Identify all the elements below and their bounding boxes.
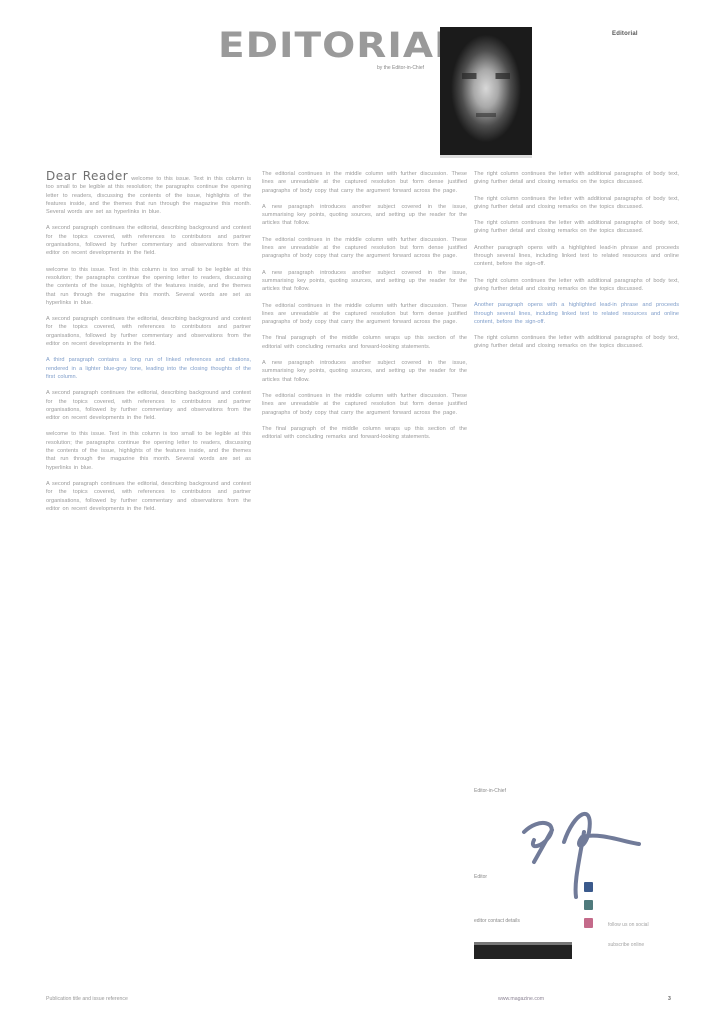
signature-name: Editor bbox=[474, 874, 487, 880]
social-text-2: subscribe online bbox=[608, 942, 644, 948]
instagram-icon[interactable] bbox=[584, 918, 593, 928]
paragraph-links: A third paragraph contains a long run of… bbox=[46, 356, 251, 381]
paragraph: The right column continues the letter wi… bbox=[474, 334, 679, 351]
social-links bbox=[584, 882, 593, 936]
paragraph: A new paragraph introduces another subje… bbox=[262, 269, 467, 294]
page-title: EDITORIAL bbox=[218, 28, 428, 64]
social-text-1: follow us on social bbox=[608, 922, 649, 928]
paragraph: A new paragraph introduces another subje… bbox=[262, 359, 467, 384]
paragraph: A second paragraph continues the editori… bbox=[46, 224, 251, 257]
paragraph: The editorial continues in the middle co… bbox=[262, 392, 467, 417]
signature-contact: editor contact details bbox=[474, 918, 520, 924]
signature-image bbox=[504, 792, 654, 902]
portrait-mouth bbox=[476, 113, 496, 117]
footer-website[interactable]: www.magazine.com bbox=[498, 996, 544, 1002]
portrait-eyes bbox=[462, 73, 510, 79]
article-column-1: Dear Reader welcome to this issue. Text … bbox=[46, 170, 251, 521]
article-column-2: The editorial continues in the middle co… bbox=[262, 170, 467, 449]
paragraph: The editorial continues in the middle co… bbox=[262, 170, 467, 195]
paragraph: A second paragraph continues the editori… bbox=[46, 389, 251, 422]
page-number: 3 bbox=[668, 996, 671, 1002]
lead-salutation: Dear Reader bbox=[46, 169, 128, 183]
promo-banner[interactable] bbox=[474, 942, 572, 959]
paragraph-links: Another paragraph opens with a highlight… bbox=[474, 301, 679, 326]
paragraph: welcome to this issue. Text in this colu… bbox=[46, 266, 251, 307]
editor-portrait bbox=[440, 27, 532, 158]
paragraph: A second paragraph continues the editori… bbox=[46, 315, 251, 348]
paragraph: The right column continues the letter wi… bbox=[474, 195, 679, 212]
paragraph: The editorial continues in the middle co… bbox=[262, 236, 467, 261]
paragraph: A new paragraph introduces another subje… bbox=[262, 203, 467, 228]
paragraph: The right column continues the letter wi… bbox=[474, 219, 679, 236]
paragraph: Dear Reader welcome to this issue. Text … bbox=[46, 170, 251, 216]
paragraph: The final paragraph of the middle column… bbox=[262, 425, 467, 442]
signature-block: Editor-in-Chief Editor editor contact de… bbox=[474, 782, 694, 982]
paragraph: A second paragraph continues the editori… bbox=[46, 480, 251, 513]
reference-link[interactable]: Another paragraph opens with a highlight… bbox=[474, 302, 679, 325]
paragraph: The right column continues the letter wi… bbox=[474, 170, 679, 187]
paragraph: The final paragraph of the middle column… bbox=[262, 334, 467, 351]
paragraph: Another paragraph opens with a highlight… bbox=[474, 244, 679, 269]
signature-title: Editor-in-Chief bbox=[474, 788, 506, 794]
linkedin-icon[interactable] bbox=[584, 900, 593, 910]
masthead: EDITORIAL by the Editor-in-Chief bbox=[218, 26, 428, 71]
paragraph: welcome to this issue. Text in this colu… bbox=[46, 430, 251, 471]
paragraph: The right column continues the letter wi… bbox=[474, 277, 679, 294]
paragraph: The editorial continues in the middle co… bbox=[262, 302, 467, 327]
footer-publication: Publication title and issue reference bbox=[46, 996, 128, 1002]
reference-link[interactable]: A third paragraph contains a long run of… bbox=[46, 357, 251, 380]
twitter-icon[interactable] bbox=[584, 882, 593, 892]
article-column-3: The right column continues the letter wi… bbox=[474, 170, 679, 359]
byline: by the Editor-in-Chief bbox=[218, 65, 428, 71]
running-head: Editorial bbox=[612, 31, 638, 37]
